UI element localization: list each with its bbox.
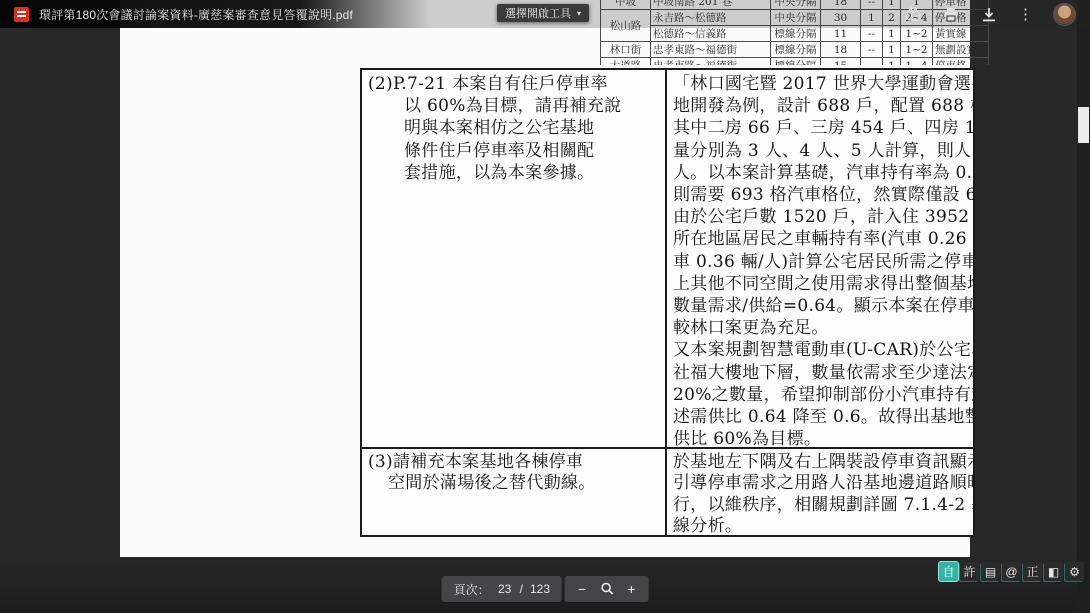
comment-item-2: (2)P.7-21 本案自有住戶停車率 以 60%為目標，請再補充說 明與本案相…	[362, 70, 667, 449]
print-button[interactable]	[942, 5, 960, 23]
ext-button-at-sign[interactable]: @	[1002, 562, 1021, 581]
text-line: 條件住戶停車率及相關配	[368, 140, 663, 162]
table-cell: 1	[883, 42, 901, 58]
open-with-dropdown[interactable]: 選擇開啟工具 ▾	[497, 4, 589, 22]
viewer-toolbar: 環評第180次會議討論案資料-廣慈案審查意見答覆說明.pdf 選擇開啟工具 ▾	[0, 0, 1090, 28]
text-line: 空間於滿場後之替代動線。	[368, 473, 663, 494]
zoom-controls: − +	[565, 576, 648, 602]
text-line: 由於公宅戶數 1520 戶，計入住 3952 人，以基地	[673, 206, 971, 228]
table-cell: 18	[821, 42, 861, 58]
text-line: 引導停車需求之用路人沿基地邊道路順時針運	[673, 473, 971, 494]
text-line: (2)P.7-21 本案自有住戶停車率	[368, 73, 663, 95]
text-line: 「林口國宅暨 2017 世界大學運動會選手村」C 基	[673, 73, 971, 95]
text-line: 人。以本案計算基礎，汽車持有率為 0.26 輛/人，	[673, 162, 971, 184]
text-line: 地開發為例，設計 688 戶，配置 688 格停車位。	[673, 95, 971, 117]
pdf-file-icon	[14, 7, 29, 22]
table-cell: 忠孝東路～福德街	[651, 42, 771, 58]
table-cell: 忠孝東路～福德街	[651, 58, 771, 66]
add-to-drive-button[interactable]	[904, 5, 922, 23]
ext-button-document-icon[interactable]: ▤	[981, 562, 1000, 581]
extension-toolbar: 自 許 ▤ @ 正 ◧ ⚙	[939, 562, 1084, 581]
text-line: 其中二房 66 戶、三房 454 戶、四房 130 戶，若戶	[673, 117, 971, 139]
current-page-input[interactable]: 23	[497, 582, 513, 596]
printer-icon	[943, 7, 959, 22]
scrollbar-thumb[interactable]	[1078, 107, 1089, 143]
ext-button-settings-gear-icon[interactable]: ⚙	[1065, 562, 1084, 581]
text-line: 車 0.36 輛/人)計算公宅居民所需之停車空間，加	[673, 251, 971, 273]
document-page: 中坡 中坡南路 201 巷 中央分隔 18 -- 1 1 停車格 松山路 永吉路…	[120, 0, 970, 557]
table-cell: 無劃設實線	[933, 42, 989, 58]
toolbar-actions: ⋮	[904, 0, 1076, 28]
ext-button-contrast-icon[interactable]: ◧	[1044, 562, 1063, 581]
page-separator: /	[520, 582, 523, 596]
table-cell: --	[861, 58, 883, 66]
text-line: 明與本案相仿之公宅基地	[368, 117, 663, 139]
text-line: 以 60%為目標，請再補充說	[368, 95, 663, 117]
ext-button-auto[interactable]: 自	[939, 562, 958, 581]
text-line: 套措施，以為本案參據。	[368, 162, 663, 184]
text-line: 所在地區居民之車輛持有率(汽車 0.26 輛/人，機	[673, 228, 971, 250]
table-cell: 停車格	[933, 58, 989, 66]
text-line: 則需要 693 格汽車格位，然實際僅設 688 格。	[673, 184, 971, 206]
text-line: 量分別為 3 人、4 人、5 人計算，則人口將有 2664	[673, 140, 971, 162]
page-info-box: 頁次： 23 / 123	[442, 576, 562, 602]
page-label: 頁次：	[454, 581, 490, 598]
response-3: 於基地左下隅及右上隅裝設停車資訊顯示標誌， 引導停車需求之用路人沿基地邊道路順時…	[667, 449, 973, 535]
download-button[interactable]	[980, 5, 998, 23]
response-2: 「林口國宅暨 2017 世界大學運動會選手村」C 基 地開發為例，設計 688 …	[667, 70, 973, 449]
text-line: 社福大樓地下層，數量依需求至少達法定停車	[673, 362, 971, 384]
user-avatar[interactable]	[1053, 3, 1076, 26]
download-icon	[982, 7, 996, 22]
text-line: 又本案規劃智慧電動車(U-CAR)於公宅、行政及	[673, 339, 971, 361]
pdf-viewer: 中坡 中坡南路 201 巷 中央分隔 18 -- 1 1 停車格 松山路 永吉路…	[0, 0, 1090, 613]
text-line: 數量需求/供給=0.64。顯示本案在停車格位之設置	[673, 295, 971, 317]
text-line: 線分析。	[673, 516, 971, 535]
open-with-label: 選擇開啟工具	[505, 5, 571, 21]
table-row: 林口街 忠孝東路～福德街 標線分隔 18 -- 1 1~2 無劃設實線	[601, 42, 989, 58]
chevron-down-icon: ▾	[577, 9, 581, 18]
text-line: 於基地左下隅及右上隅裝設停車資訊顯示標誌，	[673, 452, 971, 473]
table-cell: 1~2	[901, 42, 933, 58]
drive-icon	[905, 7, 921, 21]
table-cell: 1~4	[901, 58, 933, 66]
zoom-out-button[interactable]: −	[578, 582, 586, 596]
table-cell: --	[861, 42, 883, 58]
pagination-bar: 頁次： 23 / 123 − +	[442, 576, 649, 602]
table-cell: 林口街	[601, 42, 651, 58]
text-line: 上其他不同空間之使用需求得出整個基地的停車	[673, 273, 971, 295]
table-cell: 15	[821, 58, 861, 66]
scrollbar-track[interactable]	[1077, 0, 1090, 613]
zoom-in-button[interactable]: +	[627, 582, 635, 596]
text-line: 供比 60%為目標。	[673, 428, 971, 449]
text-line: 20%之數量，希望抑制部份小汽車持有慾望，由上	[673, 384, 971, 406]
more-options-button[interactable]: ⋮	[1018, 7, 1033, 22]
text-line: 較林口案更為充足。	[673, 317, 971, 339]
magnifier-icon	[600, 582, 613, 595]
table-cell: 標線分隔	[771, 42, 821, 58]
text-line: (3)請補充本案基地各棟停車	[368, 452, 663, 473]
ext-button-xu[interactable]: 許	[960, 562, 979, 581]
ext-button-traditional[interactable]: 正	[1023, 562, 1042, 581]
text-line: 行，以維秩序，相關規劃詳圖 7.1.4-2 基地平面動	[673, 495, 971, 516]
comment-item-3: (3)請補充本案基地各棟停車 空間於滿場後之替代動線。	[362, 449, 667, 535]
table-cell: 大道路	[601, 58, 651, 66]
review-comment-table: (2)P.7-21 本案自有住戶停車率 以 60%為目標，請再補充說 明與本案相…	[360, 68, 975, 537]
table-row: 大道路 忠孝東路～福德街 標線分隔 15 -- 1 1~4 停車格	[601, 58, 989, 66]
zoom-tool-button[interactable]	[600, 582, 613, 597]
table-cell: 標線分隔	[771, 58, 821, 66]
title-area: 環評第180次會議討論案資料-廣慈案審查意見答覆說明.pdf	[14, 0, 353, 28]
total-pages: 123	[530, 582, 550, 596]
document-title: 環評第180次會議討論案資料-廣慈案審查意見答覆說明.pdf	[39, 6, 353, 23]
text-line: 述需供比 0.64 降至 0.6。故得出基地整體汽機需	[673, 406, 971, 428]
table-cell: 1	[883, 58, 901, 66]
